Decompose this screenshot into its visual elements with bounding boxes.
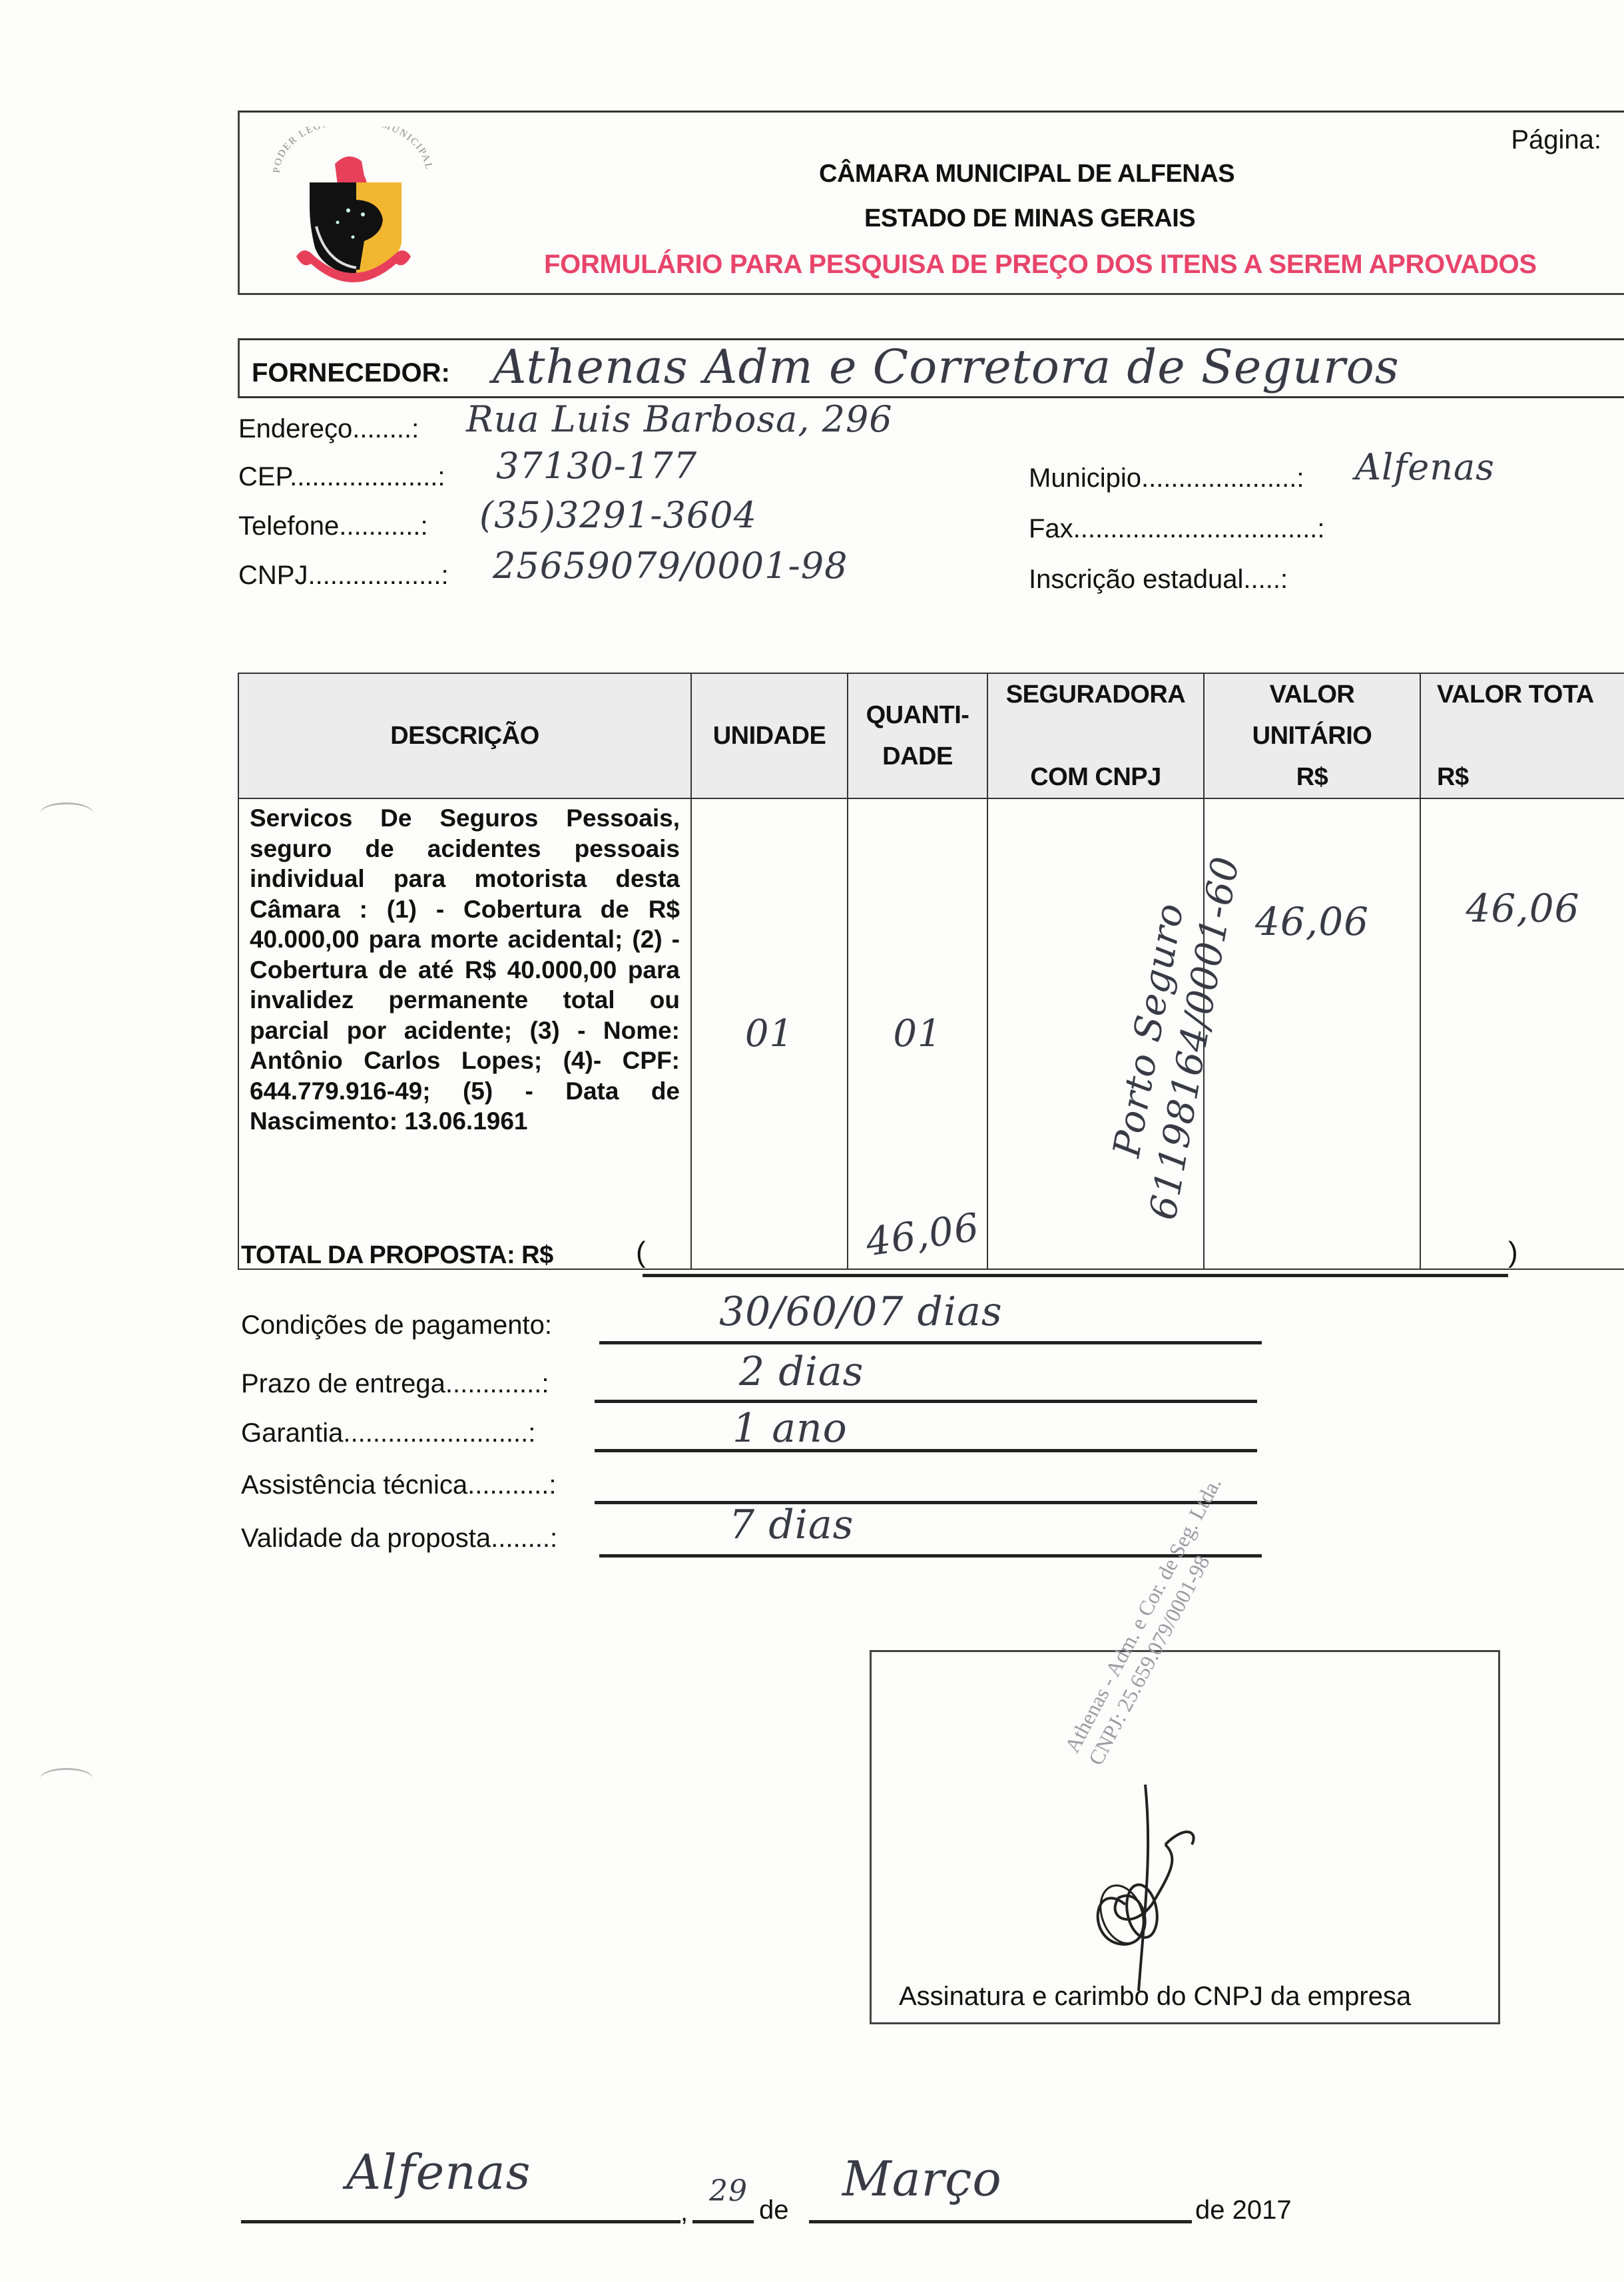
organization-title: CÂMARA MUNICIPAL DE ALFENAS [819,160,1234,188]
col-header-quantity: QUANTI- DADE [848,673,987,798]
cep-field[interactable]: 37130-177 [496,445,697,487]
total-proposal-label: TOTAL DA PROPOSTA: R$ [241,1241,553,1270]
total-open-paren: ( [636,1236,646,1269]
fax-label: Fax.................................: [1029,514,1325,544]
municipality-label: Municipio.....................: [1029,463,1304,493]
phone-field[interactable]: (35)3291-3604 [479,494,757,536]
address-field[interactable]: Rua Luis Barbosa, 296 [466,398,893,440]
date-month-field[interactable]: Março [842,2151,1002,2207]
delivery-time-line [595,1400,1257,1403]
date-de-label: de [759,2195,789,2225]
col-header-total-price: VALOR TOTA R$ [1420,673,1624,798]
signature-caption: Assinatura e carimbo do CNPJ da empresa [899,1982,1411,2012]
table-header-row: DESCRIÇÃO UNIDADE QUANTI- DADE SEGURADOR… [238,673,1624,798]
supplier-label: FORNECEDOR: [252,358,450,388]
item-insurer-cell[interactable]: Porto Seguro 61198164/0001-60 [987,798,1204,1269]
form-title: FORMULÁRIO PARA PESQUISA DE PREÇO DOS IT… [544,250,1537,280]
col-header-insurer: SEGURADORA COM CNPJ [987,673,1204,798]
supplier-name-field[interactable]: Athenas Adm e Corretora de Seguros [493,340,1400,394]
warranty-field[interactable]: 1 ano [732,1405,848,1452]
total-close-paren: ) [1508,1236,1518,1269]
item-total-price: 46,06 [1466,886,1579,931]
payment-terms-field[interactable]: 30/60/07 dias [719,1288,1003,1335]
item-quantity-cell[interactable]: 01 [848,798,987,1269]
punch-hole-mark [40,1768,93,1790]
total-underline [643,1274,1508,1277]
col-header-description: DESCRIÇÃO [238,673,691,798]
item-total-price-cell[interactable]: 46,06 [1420,798,1624,1269]
date-month-line [809,2220,1192,2223]
tech-support-label: Assistência técnica...........: [241,1470,557,1500]
punch-hole-mark [40,802,93,824]
item-description: Servicos De Seguros Pessoais, seguro de … [238,798,691,1269]
warranty-line [595,1449,1257,1452]
cnpj-field[interactable]: 25659079/0001-98 [493,545,848,587]
item-unit: 01 [745,1012,794,1055]
cnpj-label: CNPJ..................: [238,561,449,591]
address-label: Endereço........: [238,414,419,444]
table-row: Servicos De Seguros Pessoais, seguro de … [238,798,1624,1269]
date-city-line [241,2220,680,2223]
cep-label: CEP....................: [238,462,445,492]
date-city-field[interactable]: Alfenas [346,2144,531,2200]
handwritten-signature [1065,1771,1212,1998]
warranty-label: Garantia.........................: [241,1418,535,1448]
date-day-field[interactable]: 29 [709,2174,748,2208]
municipal-coat-of-arms-logo: PODER LEGISLATIVO MUNICIPAL [263,127,443,286]
proposal-validity-field[interactable]: 7 dias [729,1502,854,1548]
date-comma: , [680,2197,688,2227]
proposal-validity-label: Validade da proposta........: [241,1524,557,1554]
date-year-label: de 2017 [1195,2195,1292,2225]
tech-support-line [595,1501,1257,1504]
col-header-unit-price: VALOR UNITÁRIO R$ [1204,673,1420,798]
state-title: ESTADO DE MINAS GERAIS [864,204,1195,233]
items-table: DESCRIÇÃO UNIDADE QUANTI- DADE SEGURADOR… [238,673,1624,1270]
state-registration-label: Inscrição estadual.....: [1029,565,1288,595]
delivery-time-label: Prazo de entrega.............: [241,1369,549,1399]
item-unit-cell[interactable]: 01 [691,798,848,1269]
payment-terms-line [599,1341,1262,1344]
phone-label: Telefone...........: [238,511,428,541]
municipality-field[interactable]: Alfenas [1355,446,1495,488]
delivery-time-field[interactable]: 2 dias [739,1348,864,1395]
col-header-unit: UNIDADE [691,673,848,798]
item-unit-price: 46,06 [1255,899,1369,944]
item-quantity: 01 [893,1012,942,1055]
page-number-label: Página: [1511,125,1601,155]
date-day-line [692,2220,754,2223]
payment-terms-label: Condições de pagamento: [241,1310,552,1340]
